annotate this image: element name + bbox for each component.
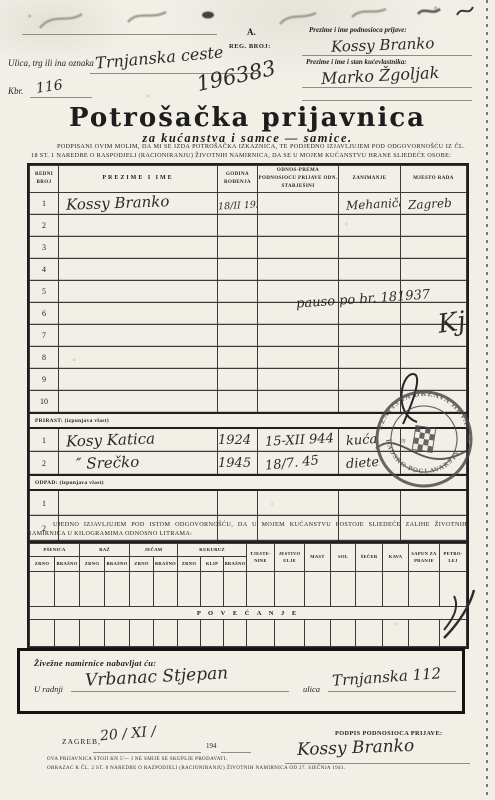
row-number: 1 xyxy=(30,193,59,215)
group-raz: RAŽ xyxy=(80,544,130,557)
table-row: 2 xyxy=(30,215,467,237)
col-sapun: SAPUN ZA PRANJE xyxy=(409,544,440,572)
street-value-handwriting: Trnjanska ceste xyxy=(94,42,224,72)
extra-write-line xyxy=(302,100,472,101)
shop-box-heading: Živežne namirnice nabavljat ću: xyxy=(34,658,448,668)
year-prefix: 194 xyxy=(206,742,217,750)
supplies-intro-paragraph: UJEDNO IZJAVLJUJEM POD ISTOM ODGOVORNOŠĆ… xyxy=(27,520,467,539)
year-cell: 18/II 1923g. xyxy=(218,193,258,215)
col-kava: KAVA xyxy=(383,544,409,572)
date-handwriting: 20 / XI / xyxy=(99,724,156,745)
col-header-prezime: PREZIME I IME xyxy=(59,166,218,193)
table-row: 8 xyxy=(30,347,467,369)
official-stamp: NEZAVISNA DRŽAVA HRVATSKA GRADSKO POGLAV… xyxy=(364,375,485,504)
col-header-mjesto: MJESTO RADA xyxy=(401,166,467,193)
shop-street-write-line: Trnjanska 112 xyxy=(328,677,456,692)
shop-box: Živežne namirnice nabavljat ću: U radnji… xyxy=(17,648,465,714)
paraph-initials-handwriting: Kj xyxy=(436,306,467,340)
table-row: 3 xyxy=(30,237,467,259)
signature-write-line xyxy=(285,763,470,764)
shop-street-label: ulica xyxy=(303,684,320,694)
applicant-name-label: Prezime i ime podnosioca prijave: xyxy=(309,26,407,34)
povecanje-label: P O V E Ć A N J E xyxy=(30,607,467,620)
supplies-empty-row xyxy=(30,620,467,647)
fine-print-line-1: OVA PRIJAVNICA STOJI KN 5'— I NE SMIJE S… xyxy=(47,757,227,762)
group-psenica: PŠENICA xyxy=(30,544,80,557)
col-header-godina: GODINA ROĐENJA xyxy=(218,166,258,193)
shop-name-write-line: Vrbanac Stjepan xyxy=(71,677,289,692)
col-petrolej: PETRO-LEJ xyxy=(440,544,467,572)
prirast-name-handwriting: Kosy Katica xyxy=(66,429,156,450)
supplies-table-wrap: PŠENICA RAŽ JEČAM KUKURUZ TJESTE-NINE JE… xyxy=(27,541,469,649)
col-mast: MAST xyxy=(305,544,331,572)
povecanje-row: P O V E Ć A N J E xyxy=(30,607,467,620)
date-write-line xyxy=(93,752,201,753)
occupation-cell: Mehaničar xyxy=(339,193,401,215)
table-row: 7 xyxy=(30,325,467,347)
table-row: 6 xyxy=(30,303,467,325)
table-row: 1 Kossy Branko 18/II 1923g. Mehaničar Za… xyxy=(30,193,467,215)
supplies-table: PŠENICA RAŽ JEČAM KUKURUZ TJESTE-NINE JE… xyxy=(29,543,467,647)
applicant-write-line xyxy=(302,55,472,56)
col-header-redni-broj: REDNI BROJ xyxy=(30,166,59,193)
prirast-name-handwriting: ″ Srečko xyxy=(66,452,140,473)
col-header-odnos: ODNOS-PREMA PODNOSIOCU PRIJAVE ODN. STAR… xyxy=(258,166,339,193)
col-secer: ŠEĆER xyxy=(356,544,383,572)
scanned-form-page: Ulica, trg ili ina oznaka Trnjanska cest… xyxy=(0,0,495,800)
name-cell: Kossy Branko xyxy=(59,193,218,215)
blank-write-line xyxy=(22,34,217,35)
pen-scribble xyxy=(440,586,478,644)
applicant-name-handwriting: Kossy Branko xyxy=(331,34,435,56)
reg-number-label: REG. BROJ: xyxy=(229,43,271,50)
form-title: Potrošačka prijavnica xyxy=(0,103,495,133)
house-number-write-line xyxy=(30,97,92,98)
house-number-value-handwriting: 116 xyxy=(35,77,64,97)
workplace-cell: Zagreb xyxy=(401,193,467,215)
col-sol: SOL xyxy=(331,544,356,572)
shop-street-handwriting: Trnjanska 112 xyxy=(332,664,442,690)
fine-print-line-2: OBRAZAC K ČL. 2 ST. 8 NAREDBE O RAZPODJE… xyxy=(47,766,346,771)
perforation-edge xyxy=(486,0,488,800)
group-jecam: JEČAM xyxy=(130,544,178,557)
col-jestivo-ulje: JESTIVO ULJE xyxy=(275,544,305,572)
col-header-zanimanje: ZANIMANJE xyxy=(339,166,401,193)
stamp-center-note: 28 xyxy=(399,438,406,445)
city-label: ZAGREB, xyxy=(62,737,101,746)
col-tjestenine: TJESTE-NINE xyxy=(247,544,275,572)
name-handwriting: Kossy Branko xyxy=(66,193,170,214)
landlord-write-line xyxy=(302,87,472,88)
section-a-label: A. xyxy=(247,27,256,37)
persons-table-header: REDNI BROJ PREZIME I IME GODINA ROĐENJA … xyxy=(30,166,467,193)
u-radnji-label: U radnji xyxy=(34,684,63,694)
intro-paragraph: PODPISANI OVIM MOLIM, DA MI SE IZDA POTR… xyxy=(31,142,465,161)
house-number-label: Kbr. xyxy=(8,86,23,96)
signature-handwriting: Kossy Branko xyxy=(297,736,415,760)
corner-scribble xyxy=(455,3,475,19)
table-row: 4 xyxy=(30,259,467,281)
year-write-line xyxy=(221,752,251,753)
street-label: Ulica, trg ili ina oznaka xyxy=(8,58,94,68)
relation-cell xyxy=(258,193,339,215)
group-kukuruz: KUKURUZ xyxy=(178,544,247,557)
supplies-empty-row xyxy=(30,572,467,607)
stamp-coat-of-arms xyxy=(412,426,436,453)
table-row: 1 xyxy=(30,490,467,516)
landlord-name-handwriting: Marko Žgoljak xyxy=(321,63,440,88)
